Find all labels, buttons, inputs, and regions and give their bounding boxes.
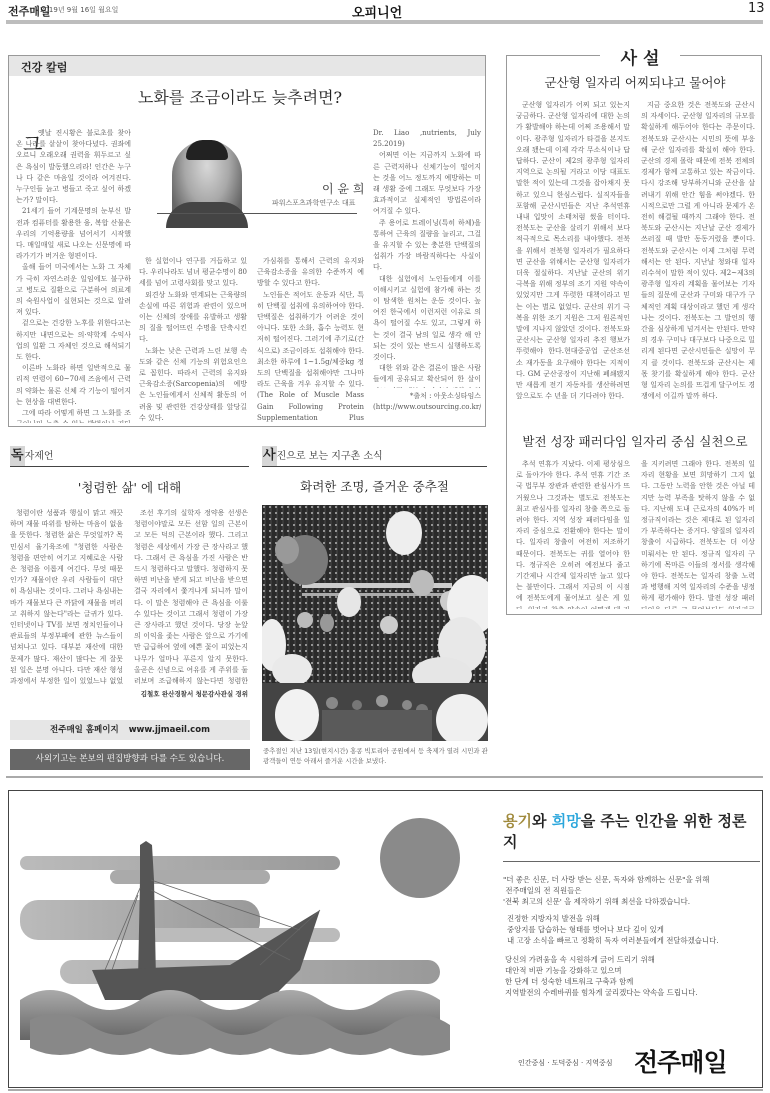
bottom-rule: [8, 1089, 763, 1091]
disclaimer-banner: 사외기고는 본보의 편집방향과 다를 수도 있습니다.: [10, 749, 250, 770]
lantern-festival-image: [262, 505, 488, 741]
page-number: 13: [748, 1, 765, 16]
lantern-festival-photo: [262, 505, 488, 741]
health-col-2: 한 실험이나 연구를 거듭하고 있다. 우리나라도 넘녀 평균수명이 80세를 …: [139, 256, 247, 423]
health-column-label-bar: 건강 칼럼: [9, 56, 485, 76]
health-column-label: 건강 칼럼: [21, 59, 67, 75]
health-column-title: 노화를 조금이라도 늦추려면?: [90, 85, 390, 108]
homepage-label: 전주매일 홈페이지: [50, 725, 119, 735]
photo-news-label-cap: 사: [262, 446, 277, 466]
editorial-2-col-2: 을 지키려면 그래야 한다. 전북의 일자리 현황을 보면 희망하기 그지 없다…: [641, 459, 755, 609]
ad-mottos: 인간중심 · 도덕중심 · 지역중심: [518, 1058, 613, 1068]
editorial-label: 사 설: [600, 44, 680, 69]
ad-paragraph-3: 당신의 가려움을 속 시원하게 긁어 드리기 위해대안적 비판 기능을 강화하고…: [503, 954, 761, 998]
section-title: 오피니언: [352, 2, 402, 21]
reader-letter-col-1: 청렴이란 성품과 행실이 맑고 깨끗하며 재물 따위를 탐하는 마음이 없음을 …: [10, 508, 123, 688]
ad-logo: 전주매일: [634, 1043, 727, 1079]
reader-letter-label-cap: 독: [10, 446, 25, 466]
photo-news-title: 화려한 조명, 즐거운 중추절: [262, 477, 487, 495]
reader-letter-header: 독자제언: [10, 446, 249, 467]
editorial-1-col-2: 지금 중요한 것은 전북도와 군산시의 자세이다. 군산형 일자리의 규모를 확…: [641, 100, 755, 418]
ad-paragraph-2: 진정한 지방자치 발전을 위해중앙지를 답습하는 형태를 벗어나 보다 깊이 있…: [503, 913, 761, 946]
health-col-3: 가심취를 통해서 근력의 유지와 근육감소증을 유의한 수준까지 예방할 수 있…: [257, 256, 364, 423]
homepage-url[interactable]: www.jjmaeil.com: [129, 725, 210, 735]
slogan-hope: 희망: [552, 812, 581, 830]
reader-letter-title: '청렴한 삶' 에 대해: [10, 478, 249, 496]
health-source: *출처 : 아웃소싱타임스 (http://www.outsourcing.co…: [373, 391, 481, 421]
photo-news-label: 진으로 보는 지구촌 소식: [277, 451, 383, 462]
reader-letter-label: 자제언: [25, 451, 54, 462]
author-divider: [157, 213, 357, 214]
author-name: 이 윤 희: [322, 180, 364, 197]
header-rule: [6, 20, 763, 24]
photo-caption: 중추절인 지난 13일(현지시간) 홍콩 빅토리아 공원에서 등 축제가 열려 …: [263, 746, 489, 766]
health-col-4: Dr. Liao ,nutrients, July 25.2019) 어쩌면 이…: [373, 128, 481, 388]
ad-slogan: 용기와 희망을 주는 인간을 위한 정론지: [503, 810, 760, 862]
editorial-1-col-1: 군산형 일자리가 어찌 되고 있는지 궁금하다. 군산형 일자리에 대한 논의가…: [516, 100, 630, 418]
ad-paragraph-1: "더 좋은 신문, 더 사랑 받는 신문, 독자와 함께하는 신문"을 위해 전…: [503, 874, 761, 907]
issue-date: 2019년 9월 16일 월요일: [40, 5, 118, 15]
homepage-banner[interactable]: 전주매일 홈페이지www.jjmaeil.com: [10, 720, 250, 740]
health-col-1: 옛날 진시황은 불로초를 찾아 온 나라를 샅샅이 찾아다녔다. 권좌에 오르니…: [16, 128, 131, 423]
ad-body: "더 좋은 신문, 더 사랑 받는 신문, 독자와 함께하는 신문"을 위해 전…: [503, 874, 761, 1004]
ship-illustration: [20, 800, 480, 1080]
reader-letter-signature: 김철호 완산경찰서 청문감사관실 경위: [130, 689, 248, 700]
reader-letter-col-2: 조선 후기의 실학자 정약용 선생은 청렴이야말로 모든 선함 일의 근본이고 …: [134, 508, 248, 686]
slogan-courage: 용기: [503, 812, 532, 830]
editorial-1-title: 군산형 일자리 어찌되냐고 물어야: [510, 73, 760, 91]
section-divider: [6, 776, 763, 778]
editorial-2-col-1: 추석 연휴가 지났다. 이제 평상심으로 돌아가야 한다. 추석 연휴 기간 조…: [516, 459, 630, 609]
editorial-2-title: 발전 성장 패러다임 일자리 중심 실천으로: [510, 432, 760, 450]
author-role: 파워스포츠과학연구소 대표: [272, 198, 355, 208]
photo-news-header: 사진으로 보는 지구촌 소식: [262, 446, 487, 467]
